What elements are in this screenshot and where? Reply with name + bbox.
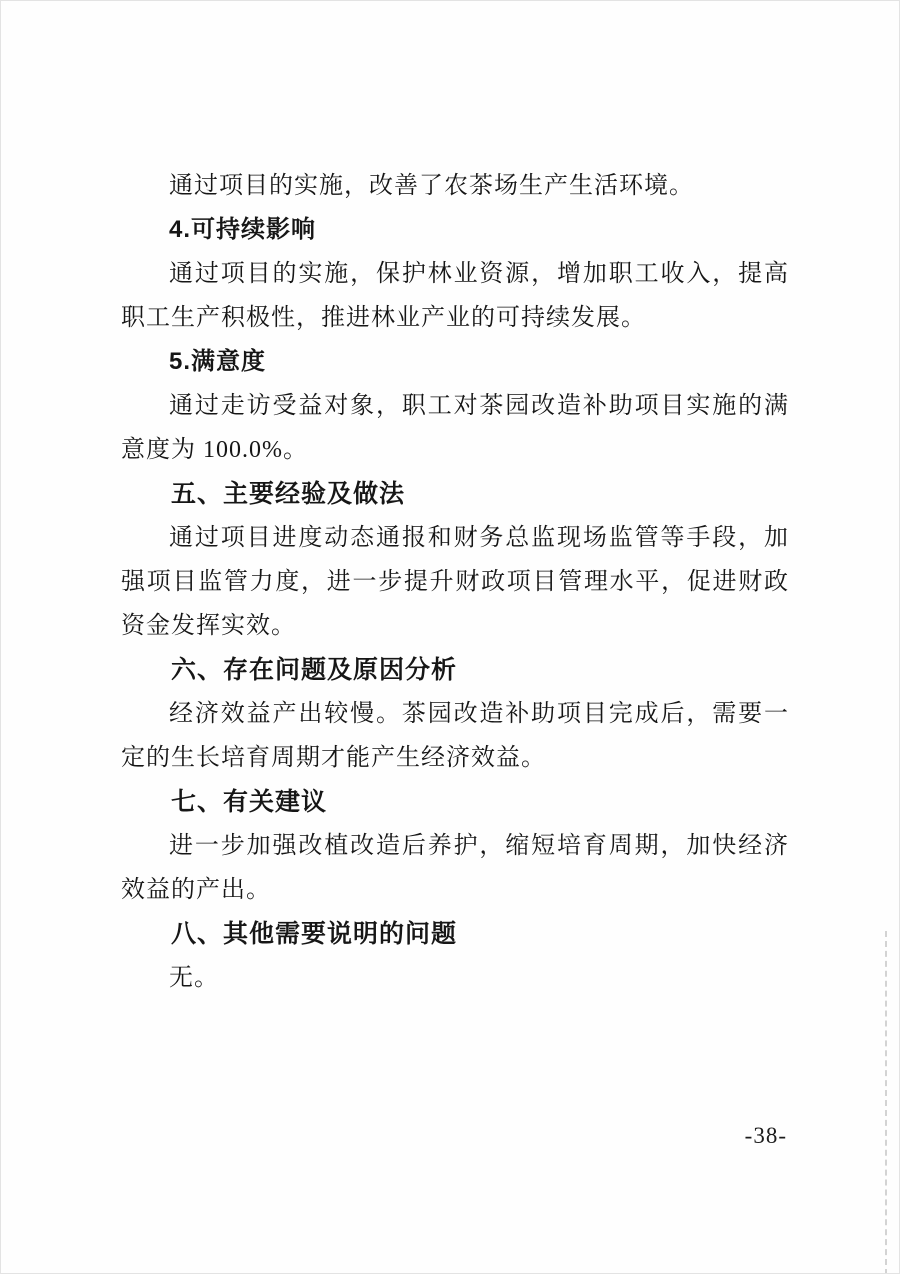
section-heading: 七、有关建议 <box>121 780 789 824</box>
section-heading: 六、存在问题及原因分析 <box>121 648 789 692</box>
section-heading: 五、主要经验及做法 <box>121 472 789 516</box>
paragraph: 通过走访受益对象，职工对茶园改造补助项目实施的满意度为 100.0%。 <box>121 384 789 472</box>
paragraph: 通过项目的实施，改善了农茶场生产生活环境。 <box>121 164 789 208</box>
paragraph: 经济效益产出较慢。茶园改造补助项目完成后，需要一定的生长培育周期才能产生经济效益… <box>121 692 789 780</box>
section-heading: 八、其他需要说明的问题 <box>121 912 789 956</box>
section-heading: 4.可持续影响 <box>121 208 789 252</box>
section-heading: 5.满意度 <box>121 340 789 384</box>
paragraph: 通过项目进度动态通报和财务总监现场监管等手段，加强项目监管力度，进一步提升财政项… <box>121 516 789 648</box>
document-body: 通过项目的实施，改善了农茶场生产生活环境。 4.可持续影响 通过项目的实施，保护… <box>121 164 789 1000</box>
page-number: -38- <box>745 1123 787 1149</box>
paragraph: 通过项目的实施，保护林业资源，增加职工收入，提高职工生产积极性，推进林业产业的可… <box>121 252 789 340</box>
paragraph: 进一步加强改植改造后养护，缩短培育周期，加快经济效益的产出。 <box>121 824 789 912</box>
paragraph: 无。 <box>121 956 789 1000</box>
document-page: 通过项目的实施，改善了农茶场生产生活环境。 4.可持续影响 通过项目的实施，保护… <box>0 0 900 1274</box>
scan-artifact-dashed-line <box>885 931 887 1274</box>
